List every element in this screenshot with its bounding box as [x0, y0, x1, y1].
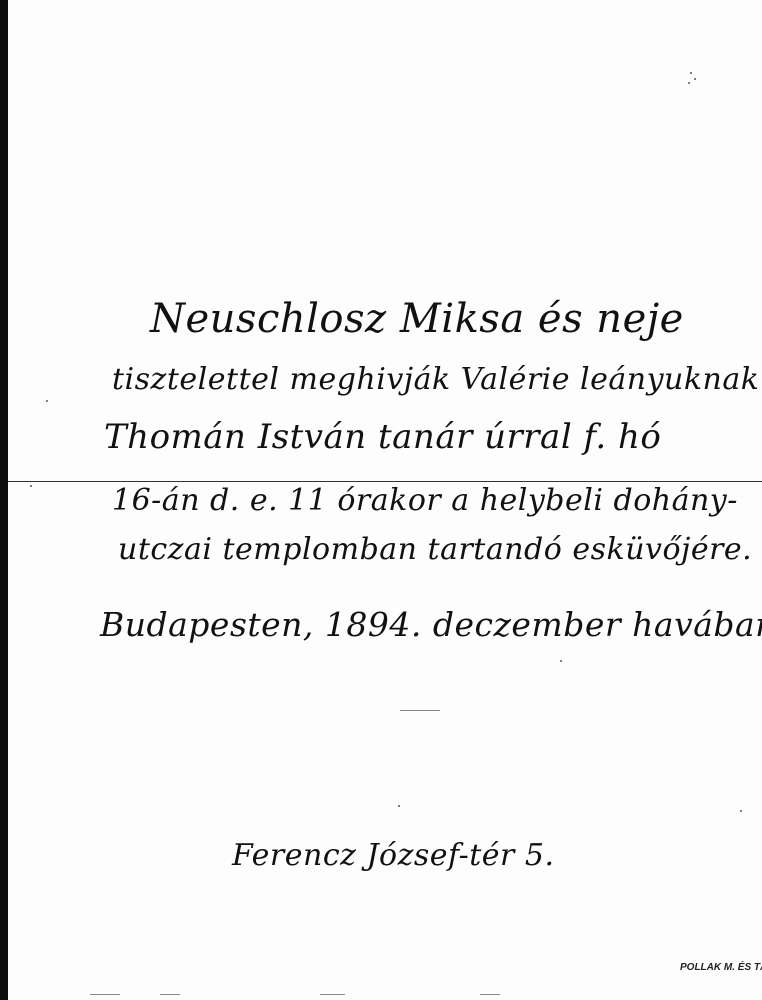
- invitation-line-time: 16-án d. e. 11 órakor a helybeli dohány-: [112, 483, 738, 518]
- paper-mark: [160, 994, 180, 995]
- paper-mark: [90, 994, 120, 995]
- paper-speck: [560, 660, 562, 662]
- paper-mark: [480, 994, 500, 995]
- paper-speck: [690, 72, 692, 74]
- invitation-line-place-date: Budapesten, 1894. deczember havában.: [100, 605, 762, 644]
- printer-mark: POLLAK M. ÉS TÁ: [680, 962, 762, 973]
- paper-speck: [694, 78, 696, 80]
- invitation-line-venue: utczai templomban tartandó esküvőjére.: [118, 532, 752, 567]
- page-left-edge-shadow: [0, 0, 8, 1000]
- paper-speck: [46, 400, 48, 402]
- paper-mark: [320, 994, 345, 995]
- paper-speck: [740, 810, 742, 812]
- paper-speck: [30, 485, 32, 487]
- paper-mark: [400, 710, 440, 711]
- invitation-line-invite: tisztelettel meghivják Valérie leányukna…: [112, 362, 759, 397]
- paper-speck: [688, 82, 690, 84]
- paper-fold-line: [8, 481, 762, 482]
- paper-speck: [398, 805, 400, 807]
- invitation-line-groom: Thomán István tanár úrral f. hó: [104, 417, 661, 457]
- invitation-line-address: Ferencz József-tér 5.: [232, 838, 555, 873]
- invitation-line-hosts: Neuschlosz Miksa és neje: [150, 296, 684, 342]
